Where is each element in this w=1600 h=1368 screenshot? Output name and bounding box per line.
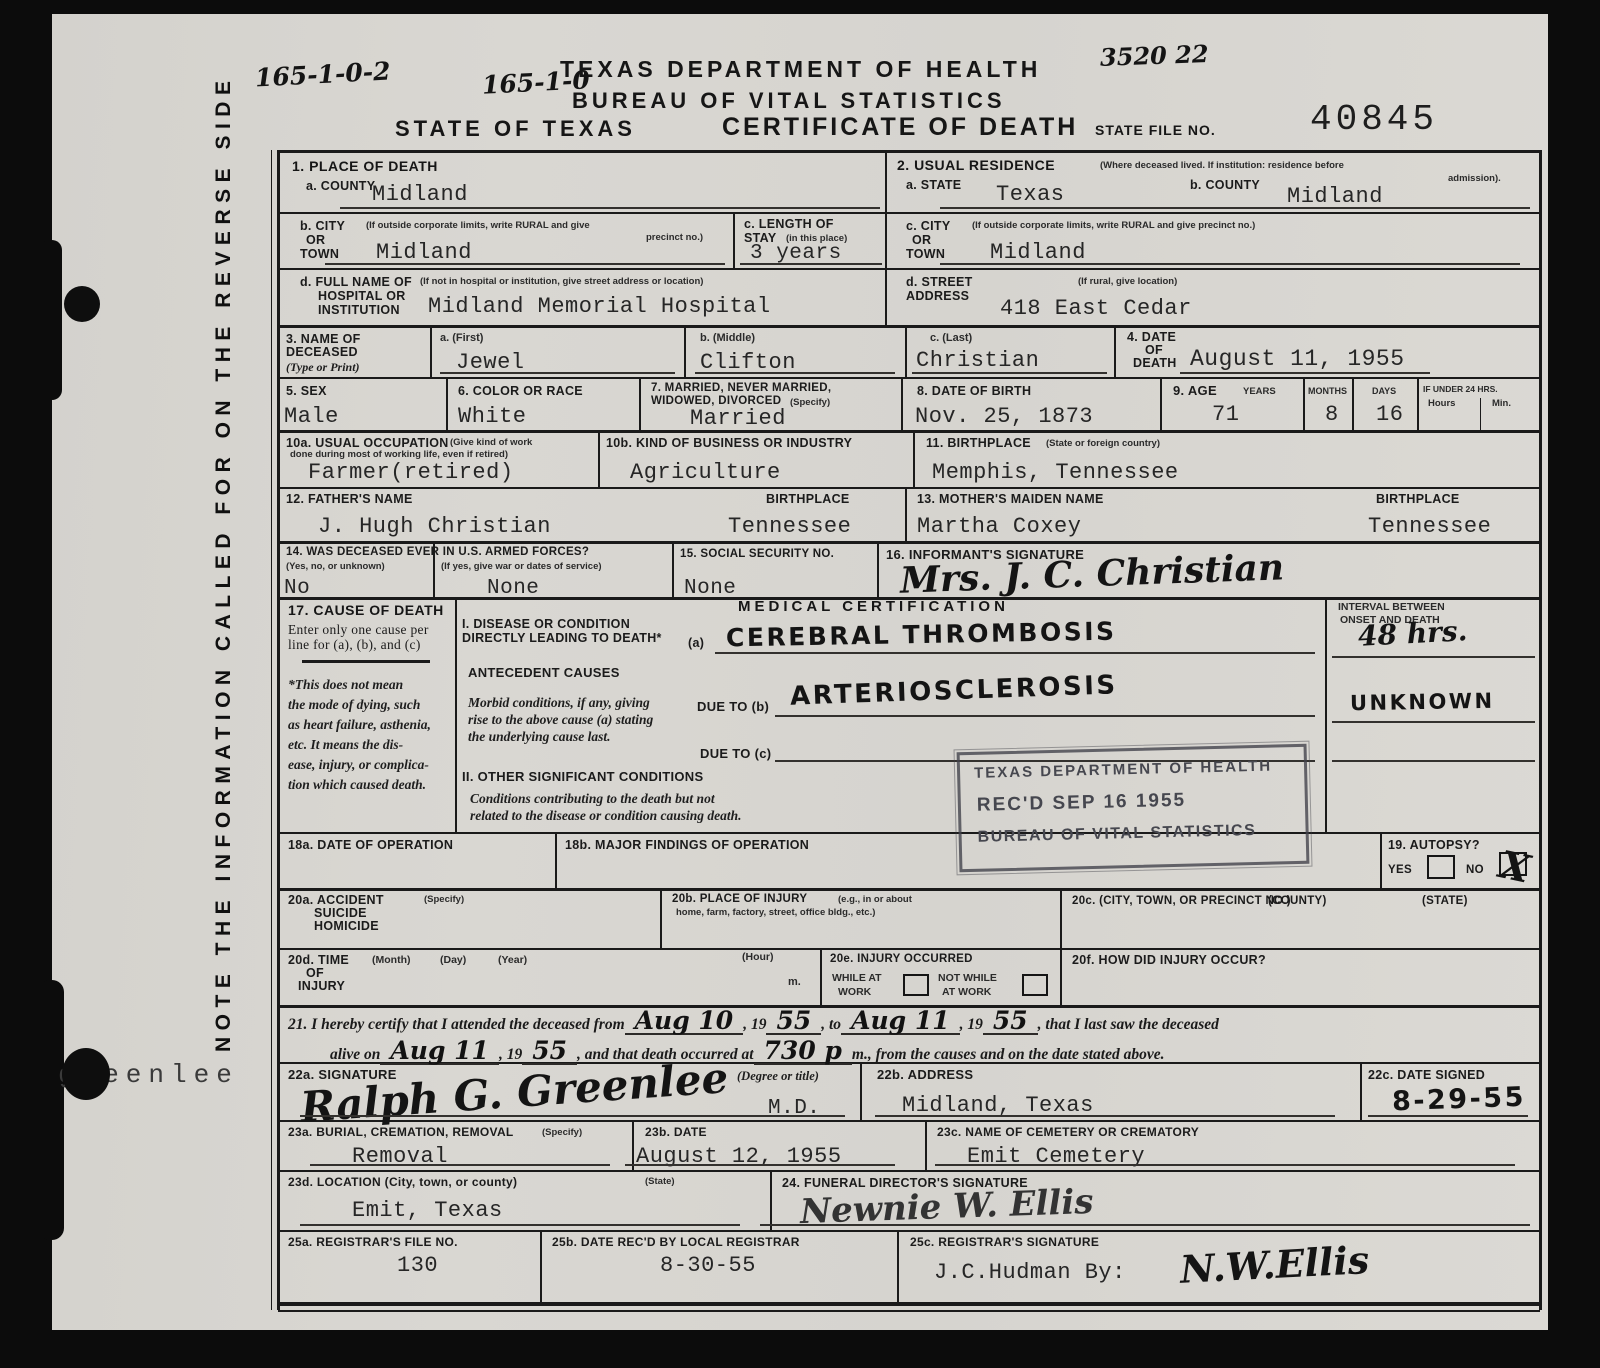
while-at-work-checkbox <box>903 974 929 996</box>
rule <box>684 325 686 377</box>
rule <box>925 1120 927 1170</box>
father-label: 12. FATHER'S NAME <box>286 492 413 506</box>
how-injury-label: 20f. HOW DID INJURY OCCUR? <box>1072 953 1266 967</box>
rule <box>278 212 1540 214</box>
injury-month-label: (Month) <box>372 954 410 967</box>
birthplace-value: Memphis, Tennessee <box>932 462 1179 484</box>
birthplace-label: 11. BIRTHPLACE <box>926 436 1031 450</box>
state-file-no-label: STATE FILE NO. <box>1095 122 1216 138</box>
armed-forces-value: No <box>284 578 310 599</box>
min-label: Min. <box>1492 398 1511 409</box>
rule <box>905 325 907 377</box>
rule <box>325 263 725 265</box>
interval-a-value: 48 hrs. <box>1357 617 1468 651</box>
rule <box>632 1120 634 1170</box>
while-at-work-label-2: WORK <box>838 986 871 999</box>
autopsy-label: 19. AUTOPSY? <box>1388 838 1480 852</box>
cert-hw-to-date: Aug 11 <box>841 1008 960 1035</box>
hospital-label: d. FULL NAME OF <box>300 275 412 289</box>
rule <box>695 372 895 374</box>
header-bureau: BUREAU OF VITAL STATISTICS <box>572 88 1006 113</box>
header-title: CERTIFICATE OF DEATH <box>722 113 1078 142</box>
age-months-value: 8 <box>1325 404 1339 426</box>
father-birthplace-label: BIRTHPLACE <box>766 492 850 506</box>
marital-note: (Specify) <box>790 397 830 408</box>
rule <box>820 948 822 1005</box>
first-name-label: a. (First) <box>440 332 483 345</box>
rule <box>540 1230 542 1302</box>
res-city-label: c. CITY <box>906 219 950 233</box>
rule <box>1160 377 1162 430</box>
dob-value: Nov. 25, 1873 <box>915 406 1093 428</box>
cert-text: , 19 <box>960 1017 983 1033</box>
cert-hw-to-year: 55 <box>983 1008 1038 1035</box>
age-days-value: 16 <box>1376 404 1403 426</box>
county-label: a. COUNTY <box>306 179 375 193</box>
rule <box>278 1302 1540 1306</box>
rule <box>278 888 1540 891</box>
rule <box>1380 832 1382 888</box>
scan-border-right <box>1548 0 1600 1368</box>
cert-hw-from-year: 55 <box>766 1008 821 1035</box>
punch-hole-bottom <box>62 1048 110 1100</box>
res-or-label: OR <box>912 233 931 247</box>
rule <box>1539 150 1542 1310</box>
date-signed-label: 22c. DATE SIGNED <box>1368 1068 1485 1082</box>
rule <box>302 660 430 663</box>
antecedent-label: ANTECEDENT CAUSES <box>468 666 620 681</box>
rule <box>455 597 457 832</box>
street-note: (If rural, give location) <box>1078 276 1177 287</box>
handwritten-code-3: 3520 22 <box>1100 42 1209 70</box>
under-24-label: IF UNDER 24 HRS. <box>1423 384 1498 394</box>
address-value: Midland, Texas <box>902 1095 1094 1117</box>
rule <box>440 372 675 374</box>
mother-label: 13. MOTHER'S MAIDEN NAME <box>917 492 1104 506</box>
rule <box>1325 597 1327 832</box>
rule <box>940 263 1520 265</box>
due-to-c-label: DUE TO (c) <box>700 747 771 762</box>
occupation-value: Farmer(retired) <box>308 462 514 484</box>
cert-text: , that I last saw the deceased <box>1038 1017 1219 1033</box>
scan-artifact <box>38 980 64 1240</box>
injury-county-label: (COUNTY) <box>1268 895 1327 908</box>
occupation-note-2: done during most of working life, even i… <box>290 449 508 460</box>
header-state: STATE OF TEXAS <box>395 116 636 141</box>
cause-italic-3: as heart failure, asthenia, <box>288 716 431 734</box>
cert-text: 21. I hereby certify that I attended the… <box>288 1017 625 1033</box>
name-label-2: DECEASED <box>286 345 358 359</box>
res-city-note: (If outside corporate limits, write RURA… <box>972 220 1255 231</box>
while-at-work-label-1: WHILE AT <box>832 972 882 985</box>
rule <box>300 1224 740 1226</box>
injury-day-label: (Day) <box>440 954 466 967</box>
other-conditions-note-2: related to the disease or condition caus… <box>470 807 742 825</box>
hospital-note: (If not in hospital or institution, give… <box>420 276 703 287</box>
rule <box>310 1164 610 1166</box>
race-label: 6. COLOR OR RACE <box>458 384 583 398</box>
rule <box>1332 760 1535 762</box>
date-recd-value: 8-30-55 <box>660 1255 756 1277</box>
rule <box>913 430 915 487</box>
cause-italic-5: ease, injury, or complica- <box>288 756 429 774</box>
city-value: Midland <box>376 242 472 264</box>
injury-state-label: (STATE) <box>1422 895 1468 908</box>
rule <box>770 1170 772 1230</box>
injury-hour-label: (Hour) <box>742 951 774 964</box>
cert-text: m., from the causes and on the date stat… <box>852 1047 1165 1063</box>
stay-label: c. LENGTH OF <box>744 217 834 231</box>
cause-italic-4: etc. It means the dis- <box>288 736 403 754</box>
cause-note-1: Enter only one cause per <box>288 622 429 638</box>
street-value: 418 East Cedar <box>1000 298 1192 320</box>
rule <box>715 652 1315 654</box>
rule <box>278 1310 1540 1312</box>
rule <box>278 541 1540 544</box>
rule <box>1480 398 1481 430</box>
age-days-label: DAYS <box>1372 386 1396 397</box>
rule <box>278 150 1540 153</box>
handwritten-code-1: 165-1-0-2 <box>254 58 391 90</box>
father-name-value: J. Hugh Christian <box>318 516 551 538</box>
rule <box>1360 1062 1362 1120</box>
city-note-2: precinct no.) <box>646 232 703 243</box>
rule <box>1332 656 1535 658</box>
rule <box>660 888 662 948</box>
rule <box>760 1224 1530 1226</box>
rule <box>277 150 280 1310</box>
last-name-label: c. (Last) <box>930 332 972 345</box>
header-department: TEXAS DEPARTMENT OF HEALTH <box>560 56 1041 82</box>
cause-italic-2: the mode of dying, such <box>288 696 420 714</box>
marital-label: 7. MARRIED, NEVER MARRIED, <box>651 382 831 395</box>
ssn-label: 15. SOCIAL SECURITY NO. <box>680 548 834 561</box>
res-county-value: Midland <box>1287 186 1383 208</box>
state-file-no-value: 40845 <box>1310 102 1438 138</box>
time-of-injury-label-3: INJURY <box>298 979 345 993</box>
medical-certification-title: MEDICAL CERTIFICATION <box>738 598 1009 615</box>
industry-value: Agriculture <box>630 462 781 484</box>
rule <box>875 1115 1335 1117</box>
date-of-operation-label: 18a. DATE OF OPERATION <box>288 838 453 852</box>
cert-text: , to <box>821 1017 841 1033</box>
occupation-note: (Give kind of work <box>450 437 532 448</box>
age-label: 9. AGE <box>1173 384 1217 399</box>
age-years-label: YEARS <box>1243 386 1276 397</box>
cause-note-2: line for (a), (b), and (c) <box>288 637 421 653</box>
rule <box>555 832 557 888</box>
res-state-label: a. STATE <box>906 178 961 192</box>
father-birthplace-value: Tennessee <box>728 516 851 538</box>
death-certificate-scan: NOTE THE INFORMATION CALLED FOR ON THE R… <box>0 0 1600 1368</box>
armed-forces-note-2: (If yes, give war or dates of service) <box>441 561 602 572</box>
age-years-value: 71 <box>1212 404 1239 426</box>
rule <box>905 487 907 541</box>
other-conditions-note-1: Conditions contributing to the death but… <box>470 790 715 808</box>
industry-label: 10b. KIND OF BUSINESS OR INDUSTRY <box>606 436 852 450</box>
first-name-value: Jewel <box>456 352 525 374</box>
place-of-injury-note: (e.g., in or about <box>838 894 912 905</box>
birthplace-note: (State or foreign country) <box>1046 438 1160 449</box>
mother-name-value: Martha Coxey <box>917 516 1081 538</box>
morbid-note-2: rise to the above cause (a) stating <box>468 711 653 729</box>
cert-text: , 19 <box>499 1047 522 1063</box>
race-value: White <box>458 406 527 428</box>
morbid-note-3: the underlying cause last. <box>468 728 611 746</box>
last-name-value: Christian <box>916 350 1039 372</box>
burial-location-state-note: (State) <box>645 1176 675 1187</box>
street-label-2: ADDRESS <box>906 289 969 303</box>
rule <box>278 832 1540 834</box>
accident-note: (Specify) <box>424 894 464 905</box>
hospital-label-3: INSTITUTION <box>318 303 400 317</box>
registrar-typed-name: J.C.Hudman By: <box>934 1262 1126 1284</box>
rule <box>912 372 1107 374</box>
cause-a-value: CEREBRAL THROMBOSIS <box>726 619 1117 651</box>
rule <box>1060 948 1062 1005</box>
rule <box>940 207 1530 209</box>
interval-label-1: INTERVAL BETWEEN <box>1338 601 1445 614</box>
rule <box>1180 372 1430 374</box>
rule <box>300 1115 845 1117</box>
middle-name-label: b. (Middle) <box>700 332 755 345</box>
autopsy-no-label: NO <box>1466 864 1484 877</box>
date-of-death-value: August 11, 1955 <box>1190 348 1405 371</box>
usual-residence-title: 2. USUAL RESIDENCE <box>897 157 1055 173</box>
name-note: (Type or Print) <box>286 359 360 375</box>
rule <box>639 377 641 430</box>
accident-label-3: HOMICIDE <box>314 919 379 933</box>
certification-line-2: alive on Aug 11 , 19 55 , and that death… <box>330 1038 1164 1065</box>
armed-forces-service-value: None <box>487 578 539 599</box>
registrar-signature-value: N.W.Ellis <box>1179 1241 1370 1289</box>
date-signed-value: 8-29-55 <box>1392 1084 1527 1116</box>
ssn-value: None <box>684 578 736 599</box>
marital-value: Married <box>690 408 786 430</box>
stamp-line-3: BUREAU OF VITAL STATISTICS <box>977 822 1256 847</box>
disease-label-1: I. DISEASE OR CONDITION <box>462 617 630 631</box>
rule <box>672 541 674 597</box>
sex-value: Male <box>284 406 339 428</box>
city-label: b. CITY <box>300 219 345 233</box>
rule <box>278 377 1540 379</box>
rule <box>340 207 880 209</box>
residence-note-2: admission). <box>1448 173 1501 184</box>
disease-a-label: (a) <box>688 636 704 650</box>
sex-label: 5. SEX <box>286 384 327 398</box>
registrar-file-value: 130 <box>397 1255 438 1277</box>
rule <box>740 263 882 265</box>
not-while-label-2: AT WORK <box>942 986 991 999</box>
rule <box>901 377 903 430</box>
stamp-line-1: TEXAS DEPARTMENT OF HEALTH <box>974 758 1272 782</box>
registrar-file-label: 25a. REGISTRAR'S FILE NO. <box>288 1236 458 1250</box>
registrar-signature-label: 25c. REGISTRAR'S SIGNATURE <box>910 1236 1099 1250</box>
rule <box>775 715 1315 717</box>
rule <box>1114 325 1116 377</box>
cert-hw-alive-year: 55 <box>522 1038 577 1065</box>
rule <box>598 430 600 487</box>
street-label: d. STREET <box>906 275 973 289</box>
hospital-value: Midland Memorial Hospital <box>428 296 771 318</box>
cemetery-label: 23c. NAME OF CEMETERY OR CREMATORY <box>937 1126 1199 1140</box>
rule <box>430 325 432 377</box>
place-of-injury-label: 20b. PLACE OF INJURY <box>672 893 807 906</box>
other-conditions-label: II. OTHER SIGNIFICANT CONDITIONS <box>462 770 703 785</box>
burial-note: (Specify) <box>542 1127 582 1138</box>
rule <box>877 541 879 597</box>
rule <box>271 150 272 1310</box>
cause-italic-6: tion which caused death. <box>288 776 426 794</box>
rule <box>278 268 1540 270</box>
rule <box>1332 721 1535 723</box>
rule <box>278 430 1540 433</box>
address-label: 22b. ADDRESS <box>877 1068 973 1083</box>
place-of-death-title: 1. PLACE OF DEATH <box>292 158 438 174</box>
scan-border-bottom <box>0 1330 1600 1368</box>
middle-name-value: Clifton <box>700 352 796 374</box>
stamp-line-2: REC'D SEP 16 1955 <box>977 790 1187 817</box>
rule <box>885 150 887 325</box>
margin-note: NOTE THE INFORMATION CALLED FOR ON THE R… <box>212 312 236 1052</box>
burial-label: 23a. BURIAL, CREMATION, REMOVAL <box>288 1126 514 1140</box>
rule <box>278 948 1540 950</box>
funeral-director-signature: Newnie W. Ellis <box>799 1185 1093 1229</box>
mother-birthplace-value: Tennessee <box>1368 516 1491 538</box>
rule <box>278 1230 1540 1232</box>
armed-forces-note-1: (Yes, no, or unknown) <box>286 561 385 572</box>
city-note: (If outside corporate limits, write RURA… <box>366 220 590 231</box>
residence-note: (Where deceased lived. If institution: r… <box>1100 160 1344 171</box>
scan-border-top <box>0 0 1600 14</box>
certification-line-1: 21. I hereby certify that I attended the… <box>288 1008 1219 1035</box>
not-while-label-1: NOT WHILE <box>938 972 997 985</box>
burial-location-label: 23d. LOCATION (City, town, or county) <box>288 1176 517 1190</box>
mother-birthplace-label: BIRTHPLACE <box>1376 492 1460 506</box>
res-county-label: b. COUNTY <box>1190 178 1260 192</box>
degree-note: (Degree or title) <box>737 1068 819 1085</box>
due-to-b-label: DUE TO (b) <box>697 700 769 715</box>
rule <box>1303 377 1305 430</box>
rule <box>733 212 735 268</box>
town-label: TOWN <box>300 247 339 261</box>
age-months-label: MONTHS <box>1308 386 1347 397</box>
cause-italic-1: *This does not mean <box>288 676 403 694</box>
rule <box>1368 1115 1528 1117</box>
date-of-death-label-3: DEATH <box>1133 356 1177 370</box>
place-of-injury-note-2: home, farm, factory, street, office bldg… <box>676 907 875 918</box>
rule <box>1060 888 1062 948</box>
disease-label-2: DIRECTLY LEADING TO DEATH* <box>462 631 662 645</box>
burial-date-label: 23b. DATE <box>645 1126 707 1140</box>
interval-b-value: UNKNOWN <box>1350 691 1495 715</box>
or-label: OR <box>306 233 325 247</box>
received-stamp: TEXAS DEPARTMENT OF HEALTH REC'D SEP 16 … <box>957 744 1310 873</box>
armed-forces-label: 14. WAS DECEASED EVER IN U.S. ARMED FORC… <box>286 546 589 559</box>
res-state-value: Texas <box>996 184 1065 206</box>
rule <box>446 377 448 430</box>
injury-city-label: 20c. (CITY, TOWN, OR PRECINCT NO.) <box>1072 895 1291 908</box>
not-while-checkbox <box>1022 974 1048 996</box>
res-city-value: Midland <box>990 242 1086 264</box>
morbid-note-1: Morbid conditions, if any, giving <box>468 694 650 712</box>
rule <box>860 1062 862 1120</box>
injury-year-label: (Year) <box>498 954 527 967</box>
rule <box>1417 377 1419 430</box>
autopsy-yes-checkbox <box>1427 855 1455 879</box>
rule <box>278 325 1540 328</box>
stay-value: 3 years <box>750 243 842 264</box>
major-findings-label: 18b. MAJOR FINDINGS OF OPERATION <box>565 838 809 852</box>
paper-background <box>50 13 1548 1330</box>
burial-location-value: Emit, Texas <box>352 1200 503 1222</box>
injury-m-label: m. <box>788 976 801 989</box>
punch-hole-top <box>64 286 100 322</box>
date-recd-label: 25b. DATE REC'D BY LOCAL REGISTRAR <box>552 1236 800 1250</box>
rule <box>935 1164 1515 1166</box>
cert-hw-from-date: Aug 10 <box>625 1008 744 1035</box>
rule <box>897 1230 899 1302</box>
rule <box>1352 377 1354 430</box>
hours-label: Hours <box>1428 398 1455 409</box>
cert-text: alive on <box>330 1047 380 1063</box>
hospital-label-2: HOSPITAL OR <box>318 289 406 303</box>
rule <box>625 1164 895 1166</box>
rule <box>278 1170 1540 1172</box>
scan-artifact <box>40 240 62 400</box>
injury-occurred-label: 20e. INJURY OCCURRED <box>830 953 973 966</box>
county-value: Midland <box>372 184 468 206</box>
cert-hw-time: 730 p <box>754 1038 852 1065</box>
rule <box>278 487 1540 489</box>
res-town-label: TOWN <box>906 247 945 261</box>
cause-of-death-label: 17. CAUSE OF DEATH <box>288 602 444 618</box>
cert-text: , 19 <box>743 1017 766 1033</box>
cert-hw-alive-date: Aug 11 <box>380 1038 499 1065</box>
dob-label: 8. DATE OF BIRTH <box>917 384 1031 398</box>
autopsy-yes-label: YES <box>1388 864 1412 877</box>
